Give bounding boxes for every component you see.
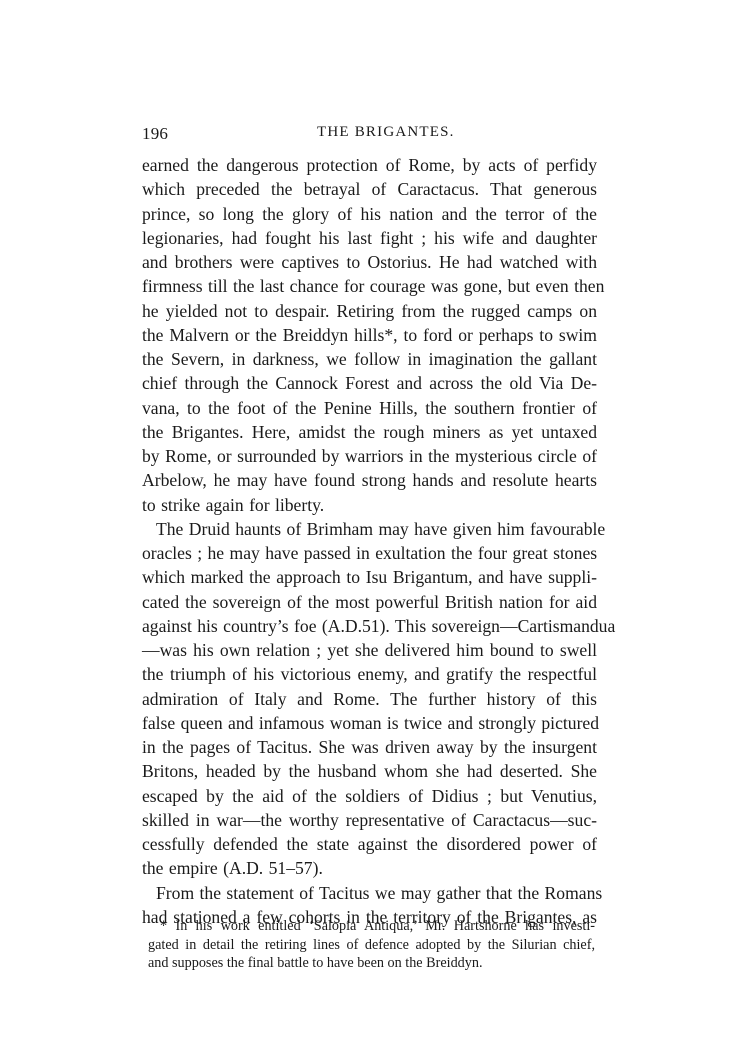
text-line: legionaries, had fought his last fight ;… [142, 226, 597, 250]
footnote-line: gated in detail the retiring lines of de… [148, 936, 595, 955]
text-line: the empire (A.D. 51–57). [142, 856, 597, 880]
text-line: prince, so long the glory of his nation … [142, 202, 597, 226]
text-line: the Brigantes. Here, amidst the rough mi… [142, 420, 597, 444]
text-line: the Severn, in darkness, we follow in im… [142, 347, 597, 371]
text-line: admiration of Italy and Rome. The furthe… [142, 687, 597, 711]
body-text: earned the dangerous protection of Rome,… [142, 153, 597, 929]
text-line: earned the dangerous protection of Rome,… [142, 153, 597, 177]
text-line: in the pages of Tacitus. She was driven … [142, 735, 597, 759]
text-line: cessfully defended the state against the… [142, 832, 597, 856]
text-line: Arbelow, he may have found strong hands … [142, 468, 597, 492]
text-line: he yielded not to despair. Retiring from… [142, 299, 597, 323]
text-line: escaped by the aid of the soldiers of Di… [142, 784, 597, 808]
footnote-line: and supposes the final battle to have be… [148, 954, 595, 973]
text-line: the triumph of his victorious enemy, and… [142, 662, 597, 686]
running-title: THE BRIGANTES. [317, 124, 455, 141]
text-line: Britons, headed by the husband whom she … [142, 759, 597, 783]
footnote: * In his work entitled ‘Salopia Antiqua,… [148, 917, 595, 973]
footnote-line: * In his work entitled ‘Salopia Antiqua,… [148, 917, 595, 936]
running-head: 196 THE BRIGANTES. [142, 124, 597, 146]
book-page: 196 THE BRIGANTES. earned the dangerous … [0, 0, 750, 1050]
text-line: cated the sovereign of the most powerful… [142, 590, 597, 614]
text-line: skilled in war—the worthy representative… [142, 808, 597, 832]
text-line: which marked the approach to Isu Brigant… [142, 565, 597, 589]
text-line: vana, to the foot of the Penine Hills, t… [142, 396, 597, 420]
text-line: by Rome, or surrounded by warriors in th… [142, 444, 597, 468]
text-line: false queen and infamous woman is twice … [142, 711, 597, 735]
page-number: 196 [142, 124, 168, 144]
text-line: against his country’s foe (A.D.51). This… [142, 614, 597, 638]
text-line: firmness till the last chance for courag… [142, 274, 597, 298]
text-line: and brothers were captives to Ostorius. … [142, 250, 597, 274]
text-line: —was his own relation ; yet she delivere… [142, 638, 597, 662]
text-line: to strike again for liberty. [142, 493, 597, 517]
text-line: chief through the Cannock Forest and acr… [142, 371, 597, 395]
text-line: which preceded the betrayal of Caractacu… [142, 177, 597, 201]
paragraph-start-line: From the statement of Tacitus we may gat… [142, 881, 597, 905]
paragraph-start-line: The Druid haunts of Brimham may have giv… [142, 517, 597, 541]
text-line: the Malvern or the Breiddyn hills*, to f… [142, 323, 597, 347]
text-line: oracles ; he may have passed in exultati… [142, 541, 597, 565]
